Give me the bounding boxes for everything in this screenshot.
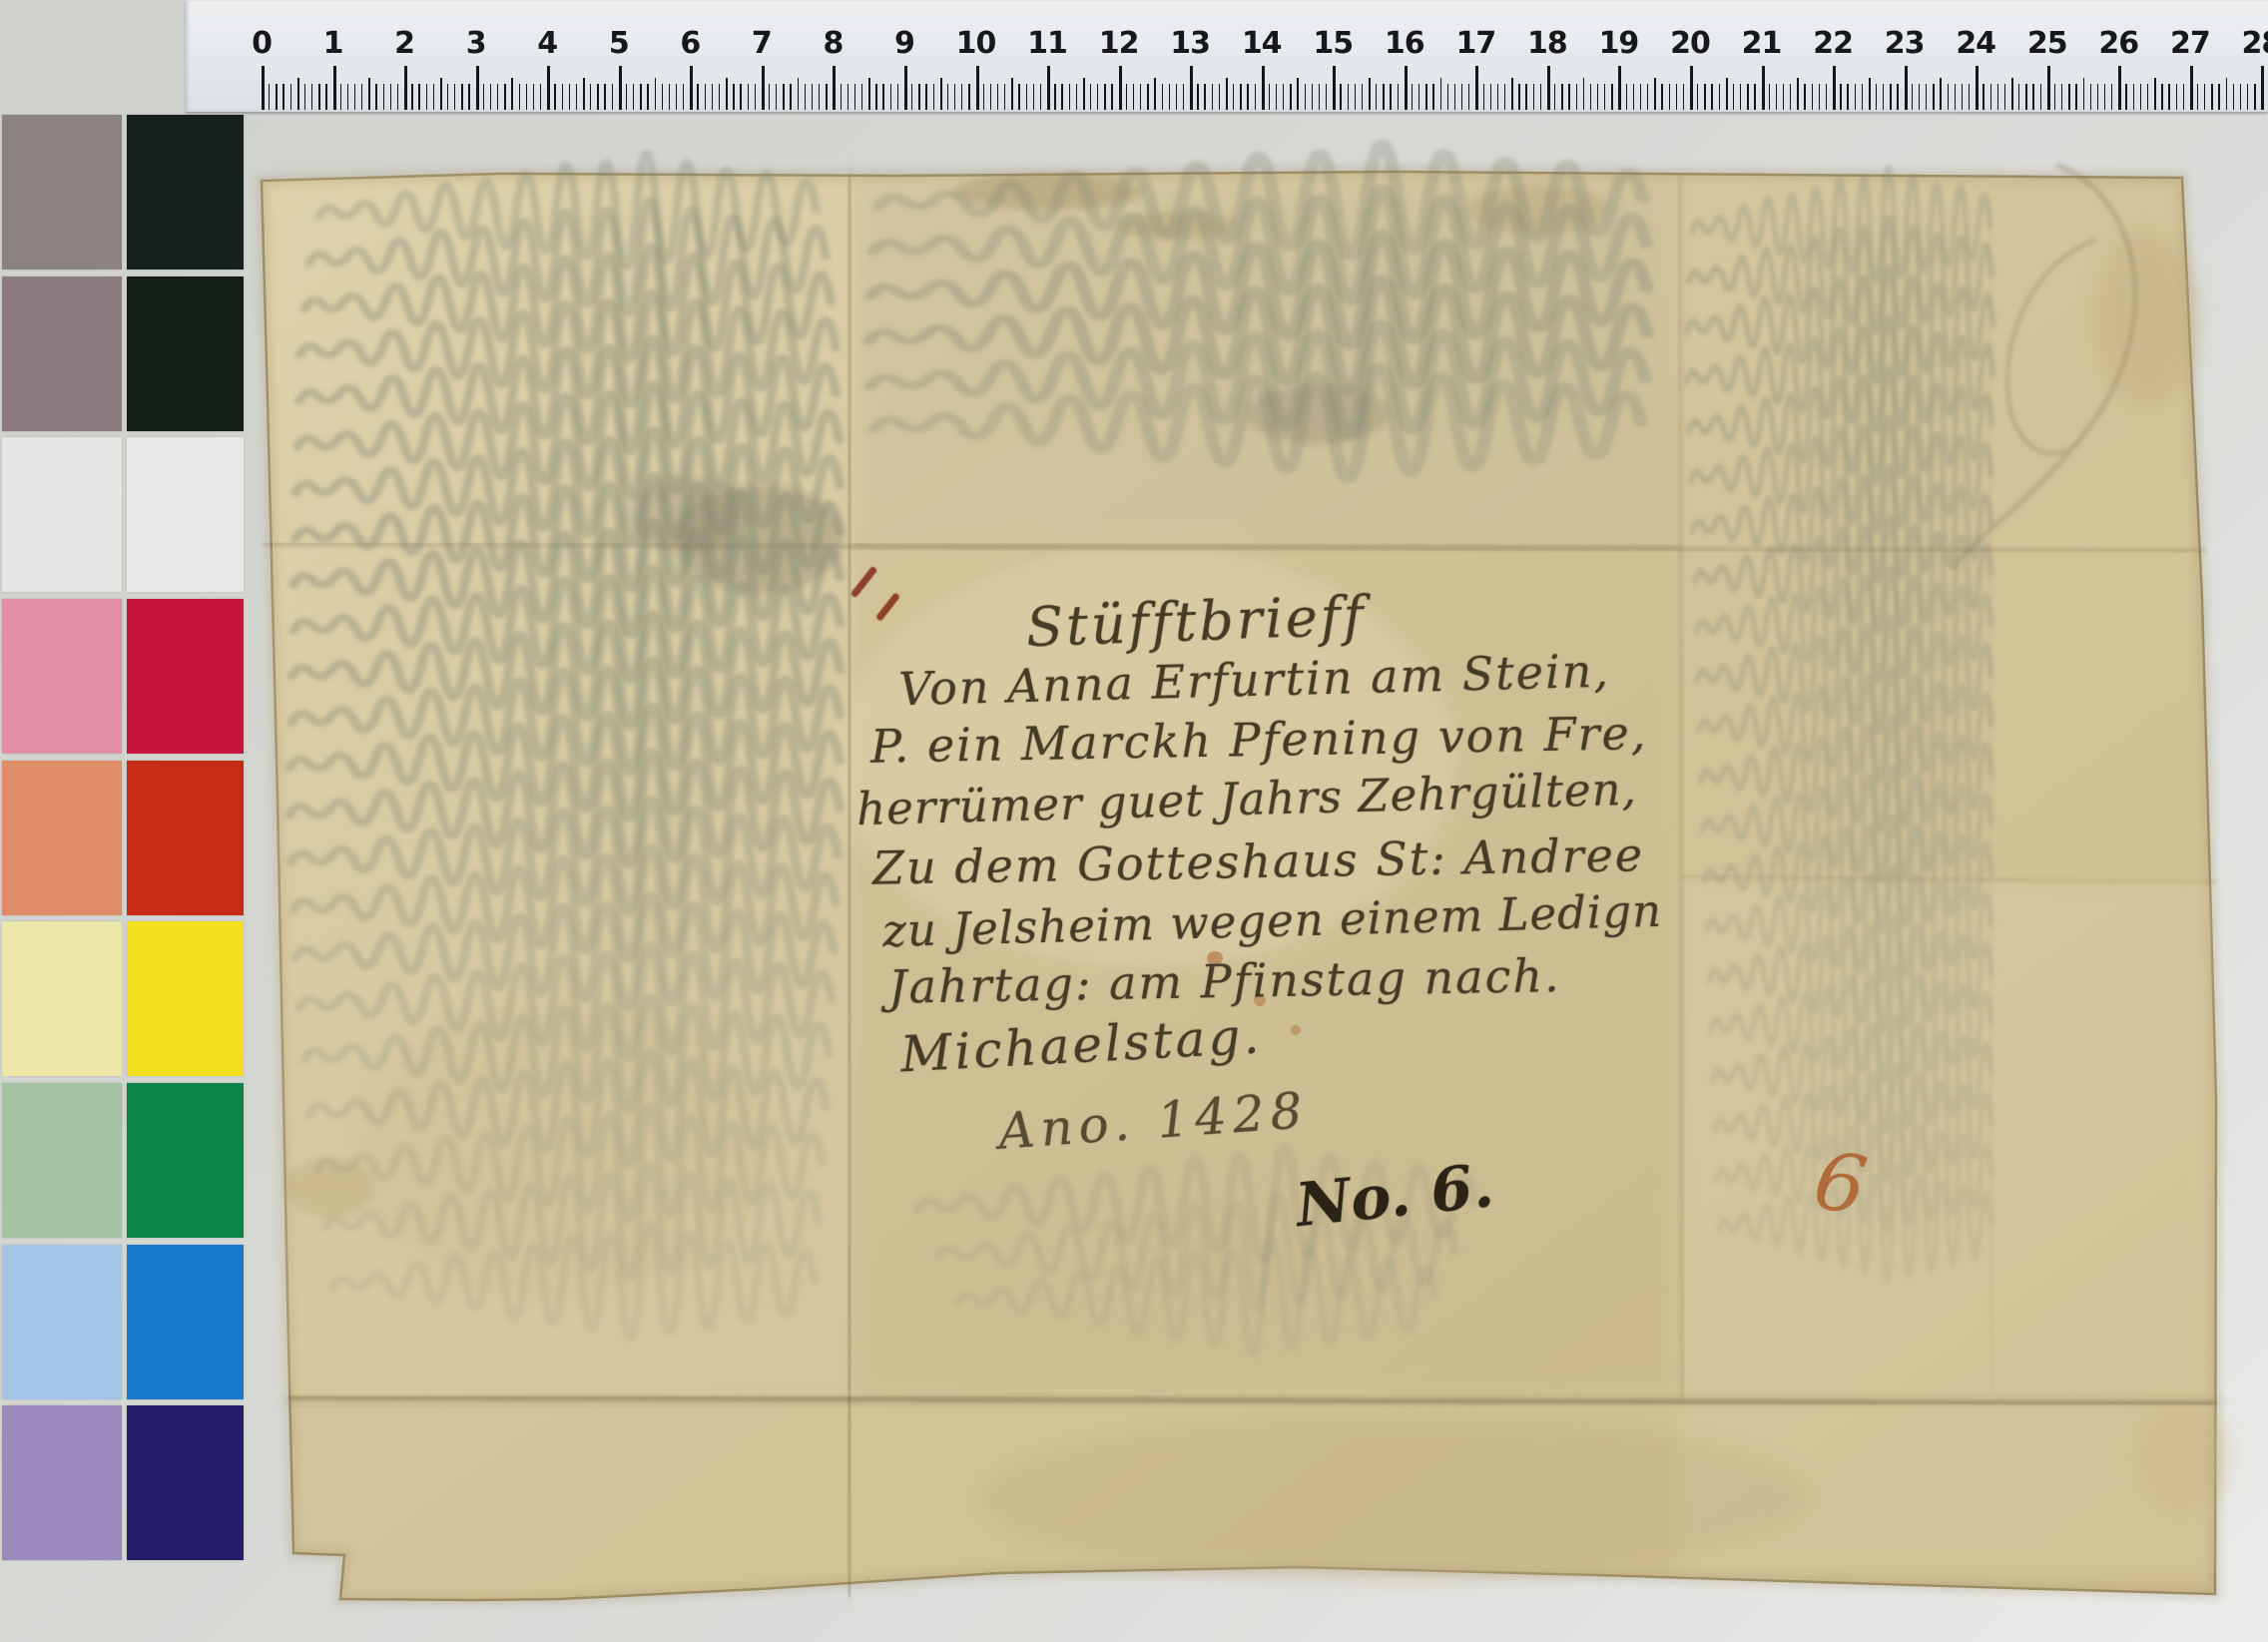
dorsal-line-2: P. ein Marckh Pfening von Fre, (870, 710, 1648, 770)
dorsal-line-6: Jahrtag: am Pfinstag nach. (888, 952, 1561, 1010)
dorsal-line-4: Zu dem Gotteshaus St: Andree (872, 831, 1645, 890)
dorsal-title: Stüfftbrieff (1025, 589, 1367, 655)
archival-photo: 0123456789101112131415161718192021222324… (0, 0, 2268, 1642)
